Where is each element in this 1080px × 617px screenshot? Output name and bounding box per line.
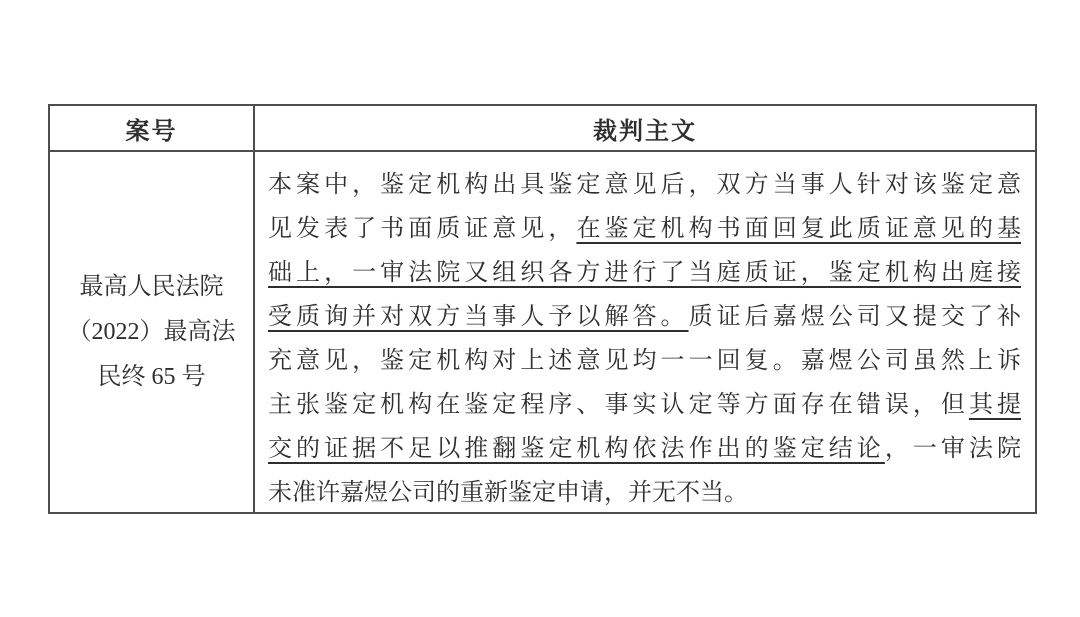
judgment-line: 本案中，鉴定机构出具鉴定意见后，双方当事人针对该鉴定意 — [268, 163, 1021, 207]
case-number-line-3: 民终 65 号 — [98, 355, 206, 400]
judgment-segment: ，一审法院 — [885, 436, 1021, 462]
judgment-segment: 质证后嘉煜公司又提交了补 — [689, 304, 1021, 330]
judgment-text-cell: 本案中，鉴定机构出具鉴定意见后，双方当事人针对该鉴定意见发表了书面质证意见，在鉴… — [255, 152, 1035, 512]
judgment-segment-underlined: 交的证据不足以推翻鉴定机构依法作出的鉴定结论 — [268, 436, 885, 462]
judgment-segment-underlined: 其提 — [969, 392, 1021, 418]
judgment-line: 充意见，鉴定机构对上述意见均一一回复。嘉煜公司虽然上诉 — [268, 339, 1021, 383]
judgment-segment-underlined: 在鉴定机构书面回复此质证意见的基 — [576, 216, 1021, 242]
judgment-segment-underlined: 础上，一审法院又组织各方进行了当庭质证，鉴定机构出庭接 — [268, 260, 1021, 286]
judgment-segment: 本案中，鉴定机构出具鉴定意见后，双方当事人针对该鉴定意 — [268, 172, 1021, 198]
document-page: 案号 裁判主文 最高人民法院 （2022）最高法 民终 65 号 本案中，鉴定机… — [0, 0, 1080, 617]
case-number-cell: 最高人民法院 （2022）最高法 民终 65 号 — [50, 152, 255, 512]
header-cell-judgment: 裁判主文 — [255, 106, 1035, 150]
judgment-line: 见发表了书面质证意见，在鉴定机构书面回复此质证意见的基 — [268, 207, 1021, 251]
case-table: 案号 裁判主文 最高人民法院 （2022）最高法 民终 65 号 本案中，鉴定机… — [48, 104, 1037, 514]
judgment-line: 主张鉴定机构在鉴定程序、事实认定等方面存在错误，但其提 — [268, 383, 1021, 427]
case-number-line-1: 最高人民法院 — [80, 265, 224, 310]
judgment-line: 础上，一审法院又组织各方进行了当庭质证，鉴定机构出庭接 — [268, 251, 1021, 295]
judgment-line: 未准许嘉煜公司的重新鉴定申请，并无不当。 — [268, 471, 1021, 515]
judgment-segment: 充意见，鉴定机构对上述意见均一一回复。嘉煜公司虽然上诉 — [268, 348, 1021, 374]
header-cell-case-number: 案号 — [50, 106, 255, 150]
table-header-row: 案号 裁判主文 — [50, 106, 1035, 152]
judgment-segment: 见发表了书面质证意见， — [268, 216, 576, 242]
judgment-segment: 主张鉴定机构在鉴定程序、事实认定等方面存在错误，但 — [268, 392, 969, 418]
judgment-line: 受质询并对双方当事人予以解答。质证后嘉煜公司又提交了补 — [268, 295, 1021, 339]
judgment-segment-underlined: 受质询并对双方当事人予以解答。 — [268, 304, 689, 330]
judgment-segment: 未准许嘉煜公司的重新鉴定申请，并无不当。 — [268, 480, 748, 506]
table-row: 最高人民法院 （2022）最高法 民终 65 号 本案中，鉴定机构出具鉴定意见后… — [50, 152, 1035, 512]
judgment-line: 交的证据不足以推翻鉴定机构依法作出的鉴定结论，一审法院 — [268, 427, 1021, 471]
case-number-line-2: （2022）最高法 — [68, 310, 236, 355]
